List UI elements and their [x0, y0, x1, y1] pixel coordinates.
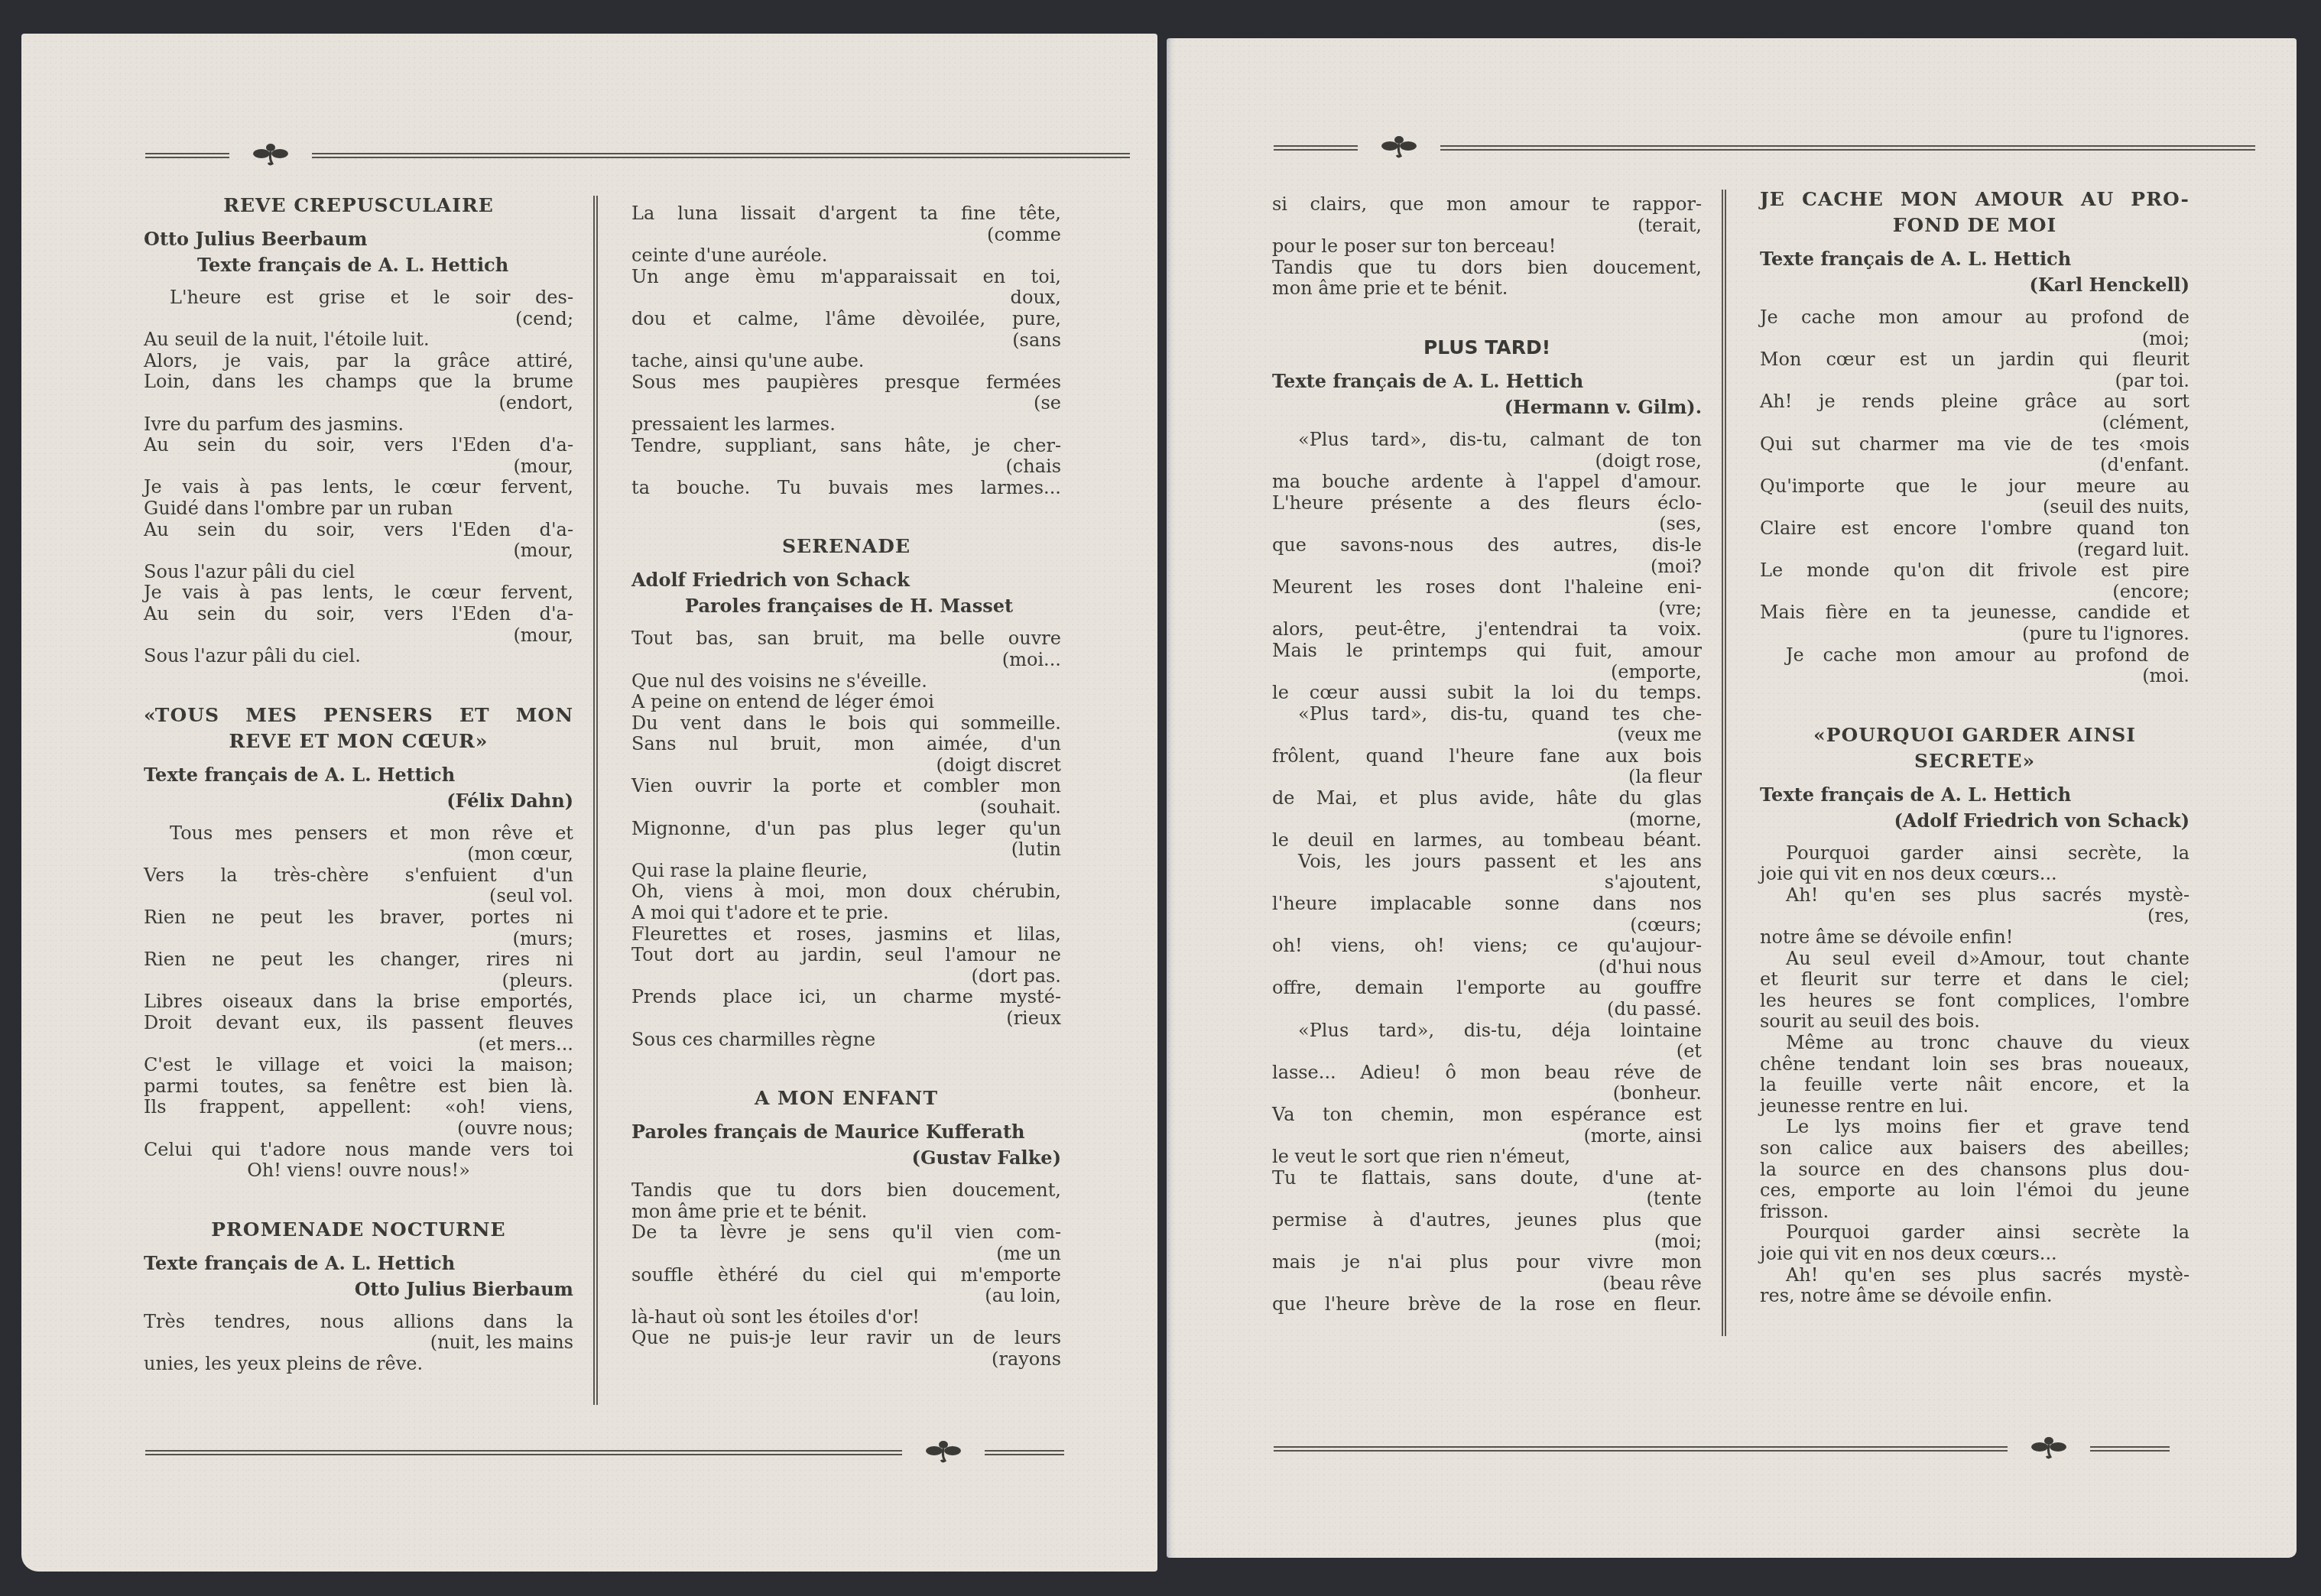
poem: PLUS TARD!Texte français de A. L. Hettic… [1272, 300, 1702, 1315]
verse-line: res, notre âme se dévoile enfin. [1760, 1286, 2190, 1307]
poem-credit: Texte français de A. L. Hettich [144, 1251, 573, 1276]
verse-line: (mon cœur, [144, 844, 573, 865]
verse-line: Vers la très-chère s'enfuient d'un [144, 865, 573, 887]
verse-line: Tendre, suppliant, sans hâte, je cher- [631, 436, 1061, 457]
verse-line: la feuille verte nâit encore, et la [1760, 1075, 2190, 1096]
poem-title-line: REVE ET MON CŒUR» [144, 728, 573, 754]
verse-line: (encore; [1760, 582, 2190, 603]
verse-line: Celui qui t'adore nous mande vers toi [144, 1140, 573, 1161]
verse-line: (me un [631, 1244, 1061, 1265]
verse-line: Oh! viens! ouvre nous!» [144, 1160, 573, 1182]
verse-line: Fleurettes et roses, jasmins et lilas, [631, 924, 1061, 946]
verse-line: (moi. [1760, 666, 2190, 687]
verse-line: Libres oiseaux dans la brise emportés, [144, 991, 573, 1013]
verse-line: joie qui vit en nos deux cœurs... [1760, 1244, 2190, 1265]
poem: JE CACHE MON AMOUR AU PRO-FOND DE MOITex… [1760, 187, 2190, 687]
column-1: REVE CREPUSCULAIREOtto Julius BeerbaumTe… [144, 193, 573, 1375]
verse-line: Alors, je vais, par la grâce attiré, [144, 351, 573, 372]
verse-line: tache, ainsi qu'une aube. [631, 351, 1061, 372]
verse-line: doux, [631, 287, 1061, 309]
verse-line: Droit devant eux, ils passent fleuves [144, 1013, 573, 1034]
column-divider [593, 196, 598, 1405]
verse-line: Le monde qu'on dit frivole est pire [1760, 560, 2190, 582]
verse-line: lasse... Adieu! ô mon beau réve de [1272, 1062, 1702, 1084]
verse-line: Tout dort au jardin, seul l'amour ne [631, 945, 1061, 966]
verse-line: et fleurit sur terre et dans le ciel; [1760, 969, 2190, 991]
verse-line: (mour, [144, 625, 573, 647]
verse-line: (veux me [1272, 725, 1702, 746]
verse-line: (rieux [631, 1008, 1061, 1030]
double-rule [145, 153, 229, 158]
poem-credit: Texte français de A. L. Hettich [1760, 246, 2190, 272]
verse-line: jeunesse rentre en lui. [1760, 1096, 2190, 1118]
verse-line: Même au tronc chauve du vieux [1760, 1033, 2190, 1054]
verse-line: Sans nul bruit, mon aimée, d'un [631, 734, 1061, 755]
column-divider [1722, 190, 1726, 1336]
verse-line: Ah! je rends pleine grâce au sort [1760, 391, 2190, 413]
poem-credit: Texte français de A. L. Hettich [1760, 782, 2190, 808]
poem-body: Pourquoi garder ainsi secrète, lajoie qu… [1760, 843, 2190, 1307]
poem-body: Je cache mon amour au profond de(moi;Mon… [1760, 307, 2190, 687]
verse-line: (d'enfant. [1760, 455, 2190, 476]
verse-line: Tu te flattais, sans doute, d'une at- [1272, 1168, 1702, 1189]
verse-line: que l'heure brève de la rose en fleur. [1272, 1294, 1702, 1315]
right-page: si clairs, que mon amour te rappor-(tera… [1167, 38, 2297, 1558]
spacer [1272, 300, 1702, 335]
verse-line: Prends place ici, un charme mysté- [631, 987, 1061, 1008]
poem-title-line: SECRETE» [1760, 748, 2190, 774]
verse-line: Que ne puis-je leur ravir un de leurs [631, 1328, 1061, 1349]
verse-line: Pourquoi garder ainsi secrète, la [1760, 843, 2190, 864]
double-rule [985, 1450, 1064, 1455]
verse-line: Sous ces charmilles règne [631, 1030, 1061, 1051]
verse-line: si clairs, que mon amour te rappor- [1272, 194, 1702, 216]
verse-line: (clément, [1760, 413, 2190, 434]
verse-line: la source en des chansons plus dou- [1760, 1160, 2190, 1181]
verse-line: de Mai, et plus avide, hâte du glas [1272, 788, 1702, 809]
verse-line: (du passé. [1272, 999, 1702, 1020]
verse-line: C'est le village et voici la maison; [144, 1055, 573, 1076]
poem-body: «Plus tard», dis-tu, calmant de ton(doig… [1272, 430, 1702, 1315]
verse-line: «Plus tard», dis-tu, déja lointaine [1272, 1020, 1702, 1042]
spacer [631, 498, 1061, 534]
verse-line: De ta lèvre je sens qu'il vien com- [631, 1222, 1061, 1244]
double-rule [1440, 145, 2255, 151]
verse-line: (regard luit. [1760, 540, 2190, 561]
verse-line: frisson. [1760, 1202, 2190, 1223]
verse-line: pour le poser sur ton berceau! [1272, 236, 1702, 258]
verse-line: (au loin, [631, 1286, 1061, 1307]
verse-line: (seul vol. [144, 886, 573, 907]
verse-line: Je vais à pas lents, le cœur fervent, [144, 477, 573, 498]
verse-line: mais je n'ai plus pour vivre mon [1272, 1252, 1702, 1273]
verse-line: que savons-nous des autres, dis-le [1272, 535, 1702, 556]
verse-line: (rayons [631, 1349, 1061, 1371]
verse-line: (beau rêve [1272, 1273, 1702, 1295]
verse-line: les heures se font complices, l'ombre [1760, 991, 2190, 1012]
verse-line: Rien ne peut les braver, portes ni [144, 907, 573, 929]
poem: A MON ENFANTParoles français de Maurice … [631, 1050, 1061, 1370]
double-rule [145, 1450, 902, 1455]
verse-line: Je cache mon amour au profond de [1760, 645, 2190, 667]
double-rule [1274, 1446, 2008, 1452]
poem: PROMENADE NOCTURNETexte français de A. L… [144, 1182, 573, 1375]
verse-line: ma bouche ardente à l'appel d'amour. [1272, 472, 1702, 493]
poem-body: Tandis que tu dors bien doucement,mon âm… [631, 1180, 1061, 1370]
spacer [144, 1182, 573, 1217]
verse-line: Rien ne peut les changer, rires ni [144, 949, 573, 971]
verse-line: L'heure présente a des fleurs éclo- [1272, 493, 1702, 514]
verse-line: unies, les yeux pleins de rêve. [144, 1354, 573, 1375]
column-2: La luna lissait d'argent ta fine tête,(c… [631, 194, 1061, 1371]
poem-credit: (Gustav Falke) [631, 1145, 1061, 1171]
verse-line: Vien ouvrir la porte et combler mon [631, 776, 1061, 797]
verse-line: s'ajoutent, [1272, 872, 1702, 894]
verse-line: Je vais à pas lents, le cœur fervent, [144, 582, 573, 604]
fleuron-trefoil-icon [1381, 136, 1417, 159]
verse-line: Pourquoi garder ainsi secrète la [1760, 1222, 2190, 1244]
poem-title: «TOUS MES PENSERS ET MONREVE ET MON CŒUR… [144, 702, 573, 754]
verse-line: Claire est encore l'ombre quand ton [1760, 518, 2190, 540]
verse-line: Mon cœur est un jardin qui fleurit [1760, 349, 2190, 371]
verse-line: (dort pas. [631, 966, 1061, 988]
poem-body: Tous mes pensers et mon rêve et(mon cœur… [144, 823, 573, 1182]
poem-title: JE CACHE MON AMOUR AU PRO-FOND DE MOI [1760, 187, 2190, 238]
verse-line: (morte, ainsi [1272, 1126, 1702, 1147]
verse-line: Le lys moins fier et grave tend [1760, 1117, 2190, 1138]
poem-title-line: FOND DE MOI [1760, 212, 2190, 238]
verse-line: Très tendres, nous allions dans la [144, 1312, 573, 1333]
poem-credit: Texte français de A. L. Hettich [144, 762, 573, 788]
double-rule [1274, 145, 1358, 151]
verse-line: (pleurs. [144, 971, 573, 992]
verse-line: Tandis que tu dors bien doucement, [631, 1180, 1061, 1202]
verse-line: (emporte, [1272, 662, 1702, 683]
verse-line: Au sein du soir, vers l'Eden d'a- [144, 520, 573, 541]
verse-line: mon âme prie et te bénit. [631, 1202, 1061, 1223]
poem: SERENADEAdolf Friedrich von SchackParole… [631, 498, 1061, 1050]
verse-line: Du vent dans le bois qui sommeille. [631, 713, 1061, 735]
poem-credit: Texte français de A. L. Hettich [144, 252, 573, 278]
column-1: si clairs, que mon amour te rappor-(tera… [1272, 185, 1702, 1315]
verse-line: (ouvre nous; [144, 1118, 573, 1140]
verse-line: A moi qui t'adore et te prie. [631, 903, 1061, 924]
verse-line: ceinte d'une auréole. [631, 245, 1061, 267]
poem-credit: Otto Julius Beerbaum [144, 226, 573, 252]
verse-line: (morne, [1272, 809, 1702, 831]
verse-line: pressaient les larmes. [631, 414, 1061, 436]
poem-body: Très tendres, nous allions dans la(nuit,… [144, 1312, 573, 1375]
poem-body: si clairs, que mon amour te rappor-(tera… [1272, 194, 1702, 300]
verse-line: sourit au seuil des bois. [1760, 1011, 2190, 1033]
verse-line: offre, demain l'emporte au gouffre [1272, 978, 1702, 999]
verse-line: (souhait. [631, 797, 1061, 819]
verse-line: (mour, [144, 540, 573, 562]
verse-line: «Plus tard», dis-tu, calmant de ton [1272, 430, 1702, 451]
verse-line: (comme [631, 225, 1061, 246]
verse-line: (nuit, les mains [144, 1332, 573, 1354]
verse-line: Meurent les roses dont l'haleine eni- [1272, 577, 1702, 598]
verse-line: souffle èthéré du ciel qui m'emporte [631, 1265, 1061, 1286]
verse-line: alors, peut-être, j'entendrai ta voix. [1272, 619, 1702, 641]
verse-line: (lutin [631, 839, 1061, 861]
poem-title-line: JE CACHE MON AMOUR AU PRO- [1760, 187, 2190, 212]
poem-title: «POURQUOI GARDER AINSISECRETE» [1760, 722, 2190, 774]
verse-line: oh! viens, oh! viens; ce qu'aujour- [1272, 936, 1702, 957]
poem: REVE CREPUSCULAIREOtto Julius BeerbaumTe… [144, 193, 573, 667]
verse-line: (par toi. [1760, 371, 2190, 392]
verse-line: Oh, viens à moi, mon doux chérubin, [631, 881, 1061, 903]
verse-line: Sous l'azur pâli du ciel [144, 562, 573, 583]
verse-line: Mignonne, d'un pas plus leger qu'un [631, 819, 1061, 840]
verse-line: Au seuil de la nuit, l'étoile luit. [144, 329, 573, 351]
verse-line: (moi; [1272, 1231, 1702, 1253]
verse-line: Au seul eveil d»Amour, tout chante [1760, 949, 2190, 970]
verse-line: «Plus tard», dis-tu, quand tes che- [1272, 704, 1702, 725]
verse-line: (mour, [144, 456, 573, 478]
poem-body: L'heure est grise et le soir des-(cend;A… [144, 287, 573, 667]
poem-credit: Texte français de A. L. Hettich [1272, 368, 1702, 394]
verse-line: (endort, [144, 393, 573, 414]
verse-line: Mais fière en ta jeunesse, candide et [1760, 602, 2190, 624]
verse-line: (la fleur [1272, 767, 1702, 788]
verse-line: La luna lissait d'argent ta fine tête, [631, 203, 1061, 225]
left-page: REVE CREPUSCULAIREOtto Julius BeerbaumTe… [21, 34, 1157, 1572]
double-rule [2090, 1446, 2170, 1452]
verse-line: (chais [631, 456, 1061, 478]
spacer [144, 667, 573, 702]
poem: «POURQUOI GARDER AINSISECRETE»Texte fran… [1760, 687, 2190, 1307]
verse-line: (doigt discret [631, 755, 1061, 777]
verse-line: Guidé dans l'ombre par un ruban [144, 498, 573, 520]
poem-credit: Paroles françaises de H. Masset [631, 593, 1061, 619]
verse-line: Ah! qu'en ses plus sacrés mystè- [1760, 885, 2190, 907]
verse-line: A peine on entend de léger émoi [631, 692, 1061, 713]
verse-line: (moi... [631, 650, 1061, 671]
poem-credit: (Adolf Friedrich von Schack) [1760, 808, 2190, 834]
verse-line: L'heure est grise et le soir des- [144, 287, 573, 309]
poem-body: Tout bas, san bruit, ma belle ouvre(moi.… [631, 628, 1061, 1050]
verse-line: (terait, [1272, 216, 1702, 237]
verse-line: (et mers... [144, 1034, 573, 1056]
verse-line: Tous mes pensers et mon rêve et [144, 823, 573, 845]
verse-line: l'heure implacable sonne dans nos [1272, 894, 1702, 915]
poem-title: A MON ENFANT [631, 1085, 1061, 1111]
verse-line: (vre; [1272, 598, 1702, 620]
fleuron-trefoil-icon [2030, 1437, 2067, 1460]
bottom-rule [1274, 1437, 2170, 1460]
poem-body: La luna lissait d'argent ta fine tête,(c… [631, 203, 1061, 498]
double-rule [312, 153, 1130, 158]
verse-line: Je cache mon amour au profond de [1760, 307, 2190, 329]
poem-title-line: «POURQUOI GARDER AINSI [1760, 722, 2190, 748]
verse-line: Mais le printemps qui fuit, amour [1272, 641, 1702, 662]
verse-line: Tout bas, san bruit, ma belle ouvre [631, 628, 1061, 650]
verse-line: Que nul des voisins ne s'éveille. [631, 671, 1061, 693]
verse-line: Tandis que tu dors bien doucement, [1272, 258, 1702, 279]
verse-line: (murs; [144, 929, 573, 950]
verse-line: (se [631, 393, 1061, 414]
verse-line: Ils frappent, appellent: «oh! viens, [144, 1097, 573, 1118]
verse-line: Va ton chemin, mon espérance est [1272, 1105, 1702, 1126]
verse-line: ces, emporte au loin l'émoi du jeune [1760, 1180, 2190, 1202]
verse-line: (moi? [1272, 556, 1702, 578]
verse-line: son calice aux baisers des abeilles; [1760, 1138, 2190, 1160]
verse-line: Vois, les jours passent et les ans [1272, 852, 1702, 873]
poem-credit: Otto Julius Bierbaum [144, 1276, 573, 1302]
column-2: JE CACHE MON AMOUR AU PRO-FOND DE MOITex… [1760, 187, 2190, 1307]
verse-line: (ses, [1272, 514, 1702, 535]
verse-line: chêne tendant loin ses bras noueaux, [1760, 1054, 2190, 1075]
poem-credit: Paroles français de Maurice Kufferath [631, 1119, 1061, 1145]
verse-line: Un ange èmu m'apparaissait en toi, [631, 267, 1061, 288]
verse-line: Qui rase la plaine fleurie, [631, 861, 1061, 882]
verse-line: notre âme se dévoile enfin! [1760, 927, 2190, 949]
verse-line: (moi; [1760, 329, 2190, 350]
verse-line: joie qui vit en nos deux cœurs... [1760, 864, 2190, 885]
verse-line: le cœur aussi subit la loi du temps. [1272, 683, 1702, 704]
poem-title: REVE CREPUSCULAIRE [144, 193, 573, 219]
verse-line: (doigt rose, [1272, 451, 1702, 472]
verse-line: (sans [631, 330, 1061, 352]
fleuron-trefoil-icon [925, 1441, 962, 1464]
verse-line: Au sein du soir, vers l'Eden d'a- [144, 435, 573, 456]
poem: «TOUS MES PENSERS ET MONREVE ET MON CŒUR… [144, 667, 573, 1182]
verse-line: (cœurs; [1272, 915, 1702, 936]
verse-line: Loin, dans les champs que la brume [144, 371, 573, 393]
poem-title: PROMENADE NOCTURNE [144, 1217, 573, 1243]
verse-line: (cend; [144, 309, 573, 330]
top-rule [145, 144, 1130, 167]
spacer [1760, 687, 2190, 722]
verse-line: dou et calme, l'âme dèvoilée, pure, [631, 309, 1061, 330]
verse-line: Qui sut charmer ma vie de tes ‹mois [1760, 434, 2190, 456]
verse-line: (seuil des nuits, [1760, 497, 2190, 518]
verse-line: (bonheur. [1272, 1083, 1702, 1105]
verse-line: Qu'importe que le jour meure au [1760, 476, 2190, 498]
poem-title: SERENADE [631, 534, 1061, 560]
top-rule [1274, 136, 2255, 159]
verse-line: Ivre du parfum des jasmins. [144, 414, 573, 436]
poem-credit: (Hermann v. Gilm). [1272, 394, 1702, 420]
verse-line: (res, [1760, 906, 2190, 927]
verse-line: Ah! qu'en ses plus sacrés mystè- [1760, 1265, 2190, 1286]
verse-line: frôlent, quand l'heure fane aux bois [1272, 746, 1702, 767]
verse-line: permise à d'autres, jeunes plus que [1272, 1210, 1702, 1231]
poem-title-line: «TOUS MES PENSERS ET MON [144, 702, 573, 728]
verse-line: (d'hui nous [1272, 957, 1702, 978]
fleuron-trefoil-icon [252, 144, 289, 167]
verse-line: Sous mes paupières presque fermées [631, 372, 1061, 394]
verse-line: ta bouche. Tu buvais mes larmes... [631, 478, 1061, 499]
verse-line: le veut le sort que rien n'émeut, [1272, 1147, 1702, 1168]
verse-line: mon âme prie et te bénit. [1272, 278, 1702, 300]
poem-credit: (Félix Dahn) [144, 788, 573, 814]
bottom-rule [145, 1441, 1064, 1464]
verse-line: (et [1272, 1041, 1702, 1062]
poem-title: PLUS TARD! [1272, 335, 1702, 361]
poem-credit: (Karl Henckell) [1760, 272, 2190, 298]
verse-line: là-haut où sont les étoiles d'or! [631, 1307, 1061, 1328]
spacer [631, 1050, 1061, 1085]
poem-credit: Adolf Friedrich von Schack [631, 567, 1061, 593]
verse-line: Sous l'azur pâli du ciel. [144, 646, 573, 667]
verse-line: parmi toutes, sa fenêtre est bien là. [144, 1076, 573, 1098]
verse-line: (pure tu l'ignores. [1760, 624, 2190, 645]
verse-line: (tente [1272, 1189, 1702, 1210]
verse-line: le deuil en larmes, au tombeau béant. [1272, 830, 1702, 852]
verse-line: Au sein du soir, vers l'Eden d'a- [144, 604, 573, 625]
